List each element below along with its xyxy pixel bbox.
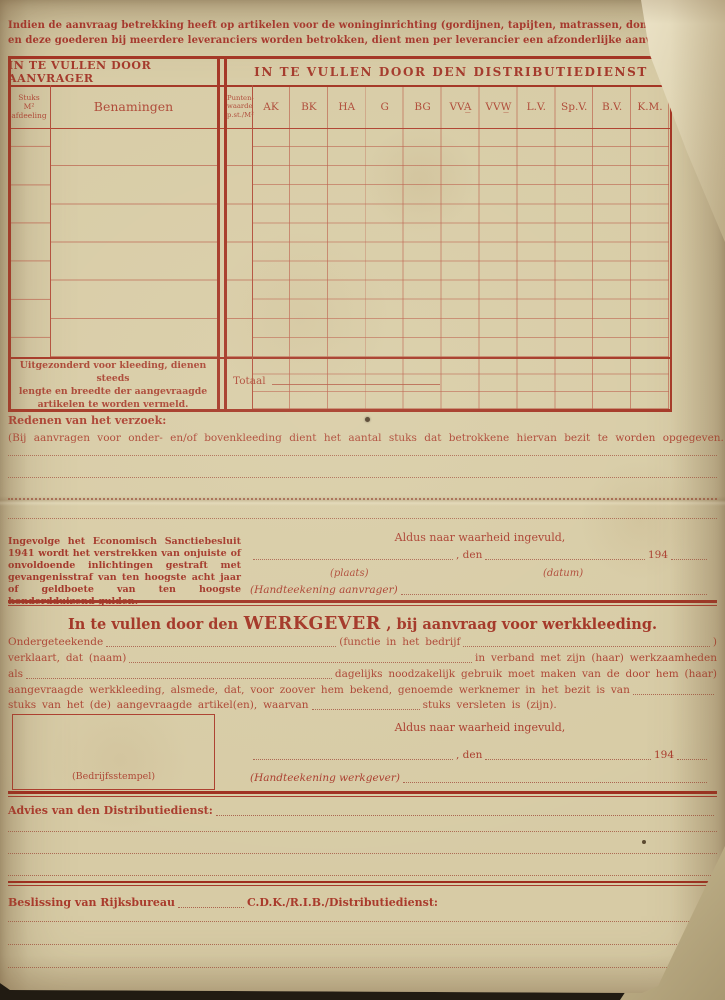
beslissing-line: Beslissing van Rijksbureau C.D.K./R.I.B.… [8, 896, 717, 909]
beslissing-label: Beslissing van Rijksbureau [8, 896, 175, 909]
form-table: IN TE VULLEN DOOR AANVRAGER IN TE VULLEN… [8, 56, 672, 412]
wg-l5a: stuks van het (de) aangevraagde artikel(… [8, 699, 309, 711]
wg-l3b: dagelijks noodzakelijk gebruik moet make… [335, 668, 717, 680]
form-paper: Indien de aanvraag betrekking heeft op a… [0, 0, 725, 1000]
grid-stuks-rows [10, 128, 50, 357]
writing-line [8, 518, 717, 519]
wg-l1a: Ondergeteekende [8, 636, 103, 648]
wg-l1b: (functie in het bedrijf [339, 636, 460, 648]
benamingen-label: Benamingen [94, 99, 173, 114]
year-fill-line [677, 749, 707, 760]
service-section-header: IN TE VULLEN DOOR DEN DISTRIBUTIEDIENST [230, 59, 672, 85]
wg-l2b: in verband met zijn (haar) werkzaamheden [475, 652, 717, 664]
totaal-rule [272, 384, 440, 385]
werkgever-line-4: aangevraagde werkkleeding, alsmede, dat,… [8, 684, 717, 696]
totaal-row: Totaal [230, 357, 672, 409]
fill-line [129, 652, 472, 663]
applicant-section-header: IN TE VULLEN DOOR AANVRAGER [8, 59, 218, 85]
redenen-body: (Bij aanvragen voor onder- en/of bovenkl… [8, 432, 724, 444]
bedrijfsstempel-box: (Bedrijfsstempel) [12, 714, 215, 790]
datum-fill-line [485, 549, 645, 560]
scanned-form-page: Indien de aanvraag betrekking heeft op a… [0, 0, 725, 1000]
signature-label-werkgever: (Handteekening werkgever) [250, 772, 400, 784]
writing-line [8, 477, 717, 478]
fill-line [312, 699, 420, 710]
place-date-line-applicant: , den 194 [250, 549, 710, 561]
wg-l1c: ) [713, 636, 717, 648]
signature-label-applicant: (Handteekening aanvrager) [250, 584, 398, 596]
wg-l4a: aangevraagde werkkleeding, alsmede, dat,… [8, 684, 630, 696]
advies-line: Advies van den Distributiedienst: [8, 804, 717, 817]
kleeding-measure-note: Uitgezonderd voor kleeding, dienen steed… [10, 359, 216, 411]
writing-line [8, 967, 717, 968]
year-fill-line [671, 549, 707, 560]
punten-line1: Punten- [227, 94, 254, 102]
plaats-fill-line [253, 549, 453, 560]
aldus-statement-werkgever: Aldus naar waarheid ingevuld, [250, 721, 710, 734]
stuks-line1: Stuks [18, 93, 39, 102]
table-border-top [8, 56, 672, 59]
werkgever-line-5: stuks van het (de) aangevraagde artikel(… [8, 699, 717, 711]
wg-l3a: als [8, 668, 23, 680]
place-date-line-werkgever: , den 194 [250, 749, 710, 761]
werkgever-section-title: In te vullen door den WERKGEVER , bij aa… [8, 614, 717, 634]
werkgever-line-2: verklaart, dat (naam) in verband met zij… [8, 652, 717, 664]
paper-hole [642, 840, 646, 844]
bedrijfsstempel-label: (Bedrijfsstempel) [72, 771, 155, 782]
paper-hole [365, 417, 370, 422]
top-instruction-line2: en deze goederen bij meerdere leverancie… [8, 35, 717, 46]
note-line1: Uitgezonderd voor kleeding, dienen steed… [10, 359, 216, 385]
stuks-line3: afdeeling [11, 111, 46, 120]
werkgever-signature-line: (Handteekening werkgever) [250, 772, 710, 784]
year-prefix: 194 [648, 549, 668, 561]
sanctie-1941-notice: Ingevolge het Economisch Sanctiebesluit … [8, 536, 241, 608]
column-header-stuks: Stuks M² afdeeling [8, 85, 50, 128]
redenen-title: Redenen van het verzoek: [8, 414, 166, 427]
title-werkgever: WERKGEVER [244, 614, 381, 634]
fill-line [106, 636, 336, 647]
grid-benamingen-rows [51, 128, 217, 357]
writing-line [8, 853, 717, 854]
werkgever-line-1: Ondergeteekende (functie in het bedrijf … [8, 636, 717, 648]
wg-l2a: verklaart, dat (naam) [8, 652, 126, 664]
column-header-benamingen: Benamingen [50, 85, 217, 128]
signature-fill-line [401, 584, 707, 595]
section-divider [8, 600, 717, 606]
plaats-fill-line [253, 749, 453, 760]
grid-punten-rows [227, 128, 252, 357]
signature-fill-line [403, 772, 707, 783]
advies-label: Advies van den Distributiedienst: [8, 804, 213, 817]
divider-line-1 [217, 56, 220, 412]
den-label: , den [456, 549, 482, 561]
year-prefix: 194 [654, 749, 674, 761]
wg-l5b: stuks versleten is (zijn). [423, 699, 557, 711]
writing-line [8, 944, 717, 945]
top-instruction-line1: Indien de aanvraag betrekking heeft op a… [8, 20, 717, 31]
title-pre: In te vullen door den [68, 616, 238, 633]
writing-line [8, 921, 717, 922]
writing-line [8, 831, 717, 832]
aldus-statement-applicant: Aldus naar waarheid ingevuld, [250, 531, 710, 544]
rule-under-column-headers [8, 128, 672, 130]
fill-line [26, 668, 332, 679]
fill-line [633, 684, 714, 695]
totaal-label: Totaal [233, 375, 266, 387]
divider-line-2 [224, 56, 227, 412]
den-label: , den [456, 749, 482, 761]
fill-line [178, 897, 244, 908]
beslissing-services: C.D.K./R.I.B./Distributiedienst: [247, 896, 438, 909]
stuks-column-rule [50, 85, 51, 357]
fill-line [216, 805, 714, 816]
fill-line [463, 636, 709, 647]
datum-fill-line [485, 749, 651, 760]
title-post: , bij aanvraag voor werkkleeding. [386, 616, 657, 633]
datum-label: (datum) [543, 568, 583, 579]
note-line2: lengte en breedte der aangevraagde [10, 385, 216, 398]
stuks-line2: M² [24, 102, 35, 111]
section-divider [8, 791, 717, 797]
applicant-signature-line: (Handteekening aanvrager) [250, 584, 710, 596]
section-divider [8, 881, 717, 886]
werkgever-line-3: als dagelijks noodzakelijk gebruik moet … [8, 668, 717, 680]
punten-line3: p.st./M² [227, 111, 254, 119]
writing-line [8, 455, 717, 456]
punten-line2: waarde [227, 102, 253, 110]
writing-line [8, 875, 717, 876]
paper-crease [0, 496, 725, 506]
plaats-label: (plaats) [330, 568, 368, 579]
rule-under-section-band [8, 85, 672, 87]
grid-points-rows [252, 128, 669, 357]
note-line3: artikelen te worden vermeld. [10, 398, 216, 411]
column-header-puntenwaarde: Punten- waarde p.st./M² [225, 85, 252, 128]
